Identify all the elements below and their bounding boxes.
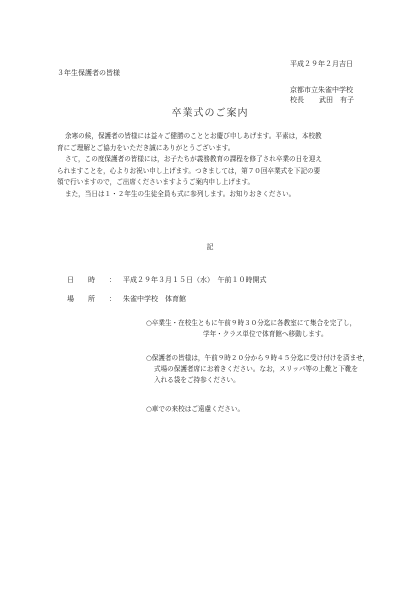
ki-heading: 記 bbox=[0, 244, 420, 251]
note-line: 学年・クラス単位で体育館へ移動します。 bbox=[146, 329, 356, 340]
detail-label-char: 時 bbox=[88, 277, 95, 284]
page-title: 卒業式のご案内 bbox=[0, 109, 420, 119]
detail-colon: ： bbox=[109, 296, 116, 303]
detail-value: 朱雀中学校 体育館 bbox=[123, 296, 186, 303]
detail-colon: ： bbox=[109, 277, 116, 284]
note-line: ○車での来校はご遠慮ください。 bbox=[146, 404, 244, 415]
note-parents-reception: ○保護者の皆様は，午前９時２０分から９時４５分迄に受け付けを済ませ， 式場の保護… bbox=[146, 353, 369, 386]
addressee: ３年生保護者の皆様 bbox=[57, 70, 120, 77]
note-line: 入れる袋をご持参ください。 bbox=[146, 375, 369, 386]
sender-role: 校長 bbox=[290, 97, 304, 104]
note-line: ○卒業生・在校生ともに午前９時３０分迄に各教室にて集合を完了し， bbox=[146, 318, 356, 329]
body-line: 育にご理解とご協力をいただき誠にありがとうございます。 bbox=[57, 143, 367, 155]
body-line: 領で行いますので，ご出席くださいますようご案内申し上げます。 bbox=[57, 177, 367, 189]
document-date: 平成２９年２月吉日 bbox=[290, 61, 353, 68]
detail-label-char: 日 bbox=[67, 277, 74, 284]
body-paragraphs: 余寒の候，保護者の皆様には益々ご健勝のこととお慶び申しあげます。平素は，本校教 … bbox=[57, 131, 367, 201]
detail-label-char: 所 bbox=[88, 296, 95, 303]
sender-school: 京都市立朱雀中学校 bbox=[290, 87, 353, 94]
body-line: さて，この度保護者の皆様には，お子たちが義務教育の課程を修了され卒業の日を迎え bbox=[57, 154, 367, 166]
note-line: ○保護者の皆様は，午前９時２０分から９時４５分迄に受け付けを済ませ， bbox=[146, 353, 369, 364]
note-students-assembly: ○卒業生・在校生ともに午前９時３０分迄に各教室にて集合を完了し， 学年・クラス単… bbox=[146, 318, 356, 340]
note-line: 式場の保護者席にお着きください。なお，スリッパ等の上靴と下靴を bbox=[146, 364, 369, 375]
body-line: また，当日は１・２年生の生徒全員も式に参列します。お知りおきください。 bbox=[57, 189, 367, 201]
document-page: 平成２９年２月吉日 ３年生保護者の皆様 京都市立朱雀中学校 校長 武田 有子 卒… bbox=[0, 0, 420, 594]
sender-name: 武田 有子 bbox=[319, 97, 354, 104]
note-no-cars: ○車での来校はご遠慮ください。 bbox=[146, 404, 244, 415]
body-line: 余寒の候，保護者の皆様には益々ご健勝のこととお慶び申しあげます。平素は，本校教 bbox=[57, 131, 367, 143]
body-line: られますことを，心よりお祝い申し上げます。つきましては，第７０回卒業式を下記の要 bbox=[57, 166, 367, 178]
detail-value: 平成２９年３月１５日（水） 午前１０時開式 bbox=[123, 277, 267, 284]
detail-label-char: 場 bbox=[67, 296, 74, 303]
